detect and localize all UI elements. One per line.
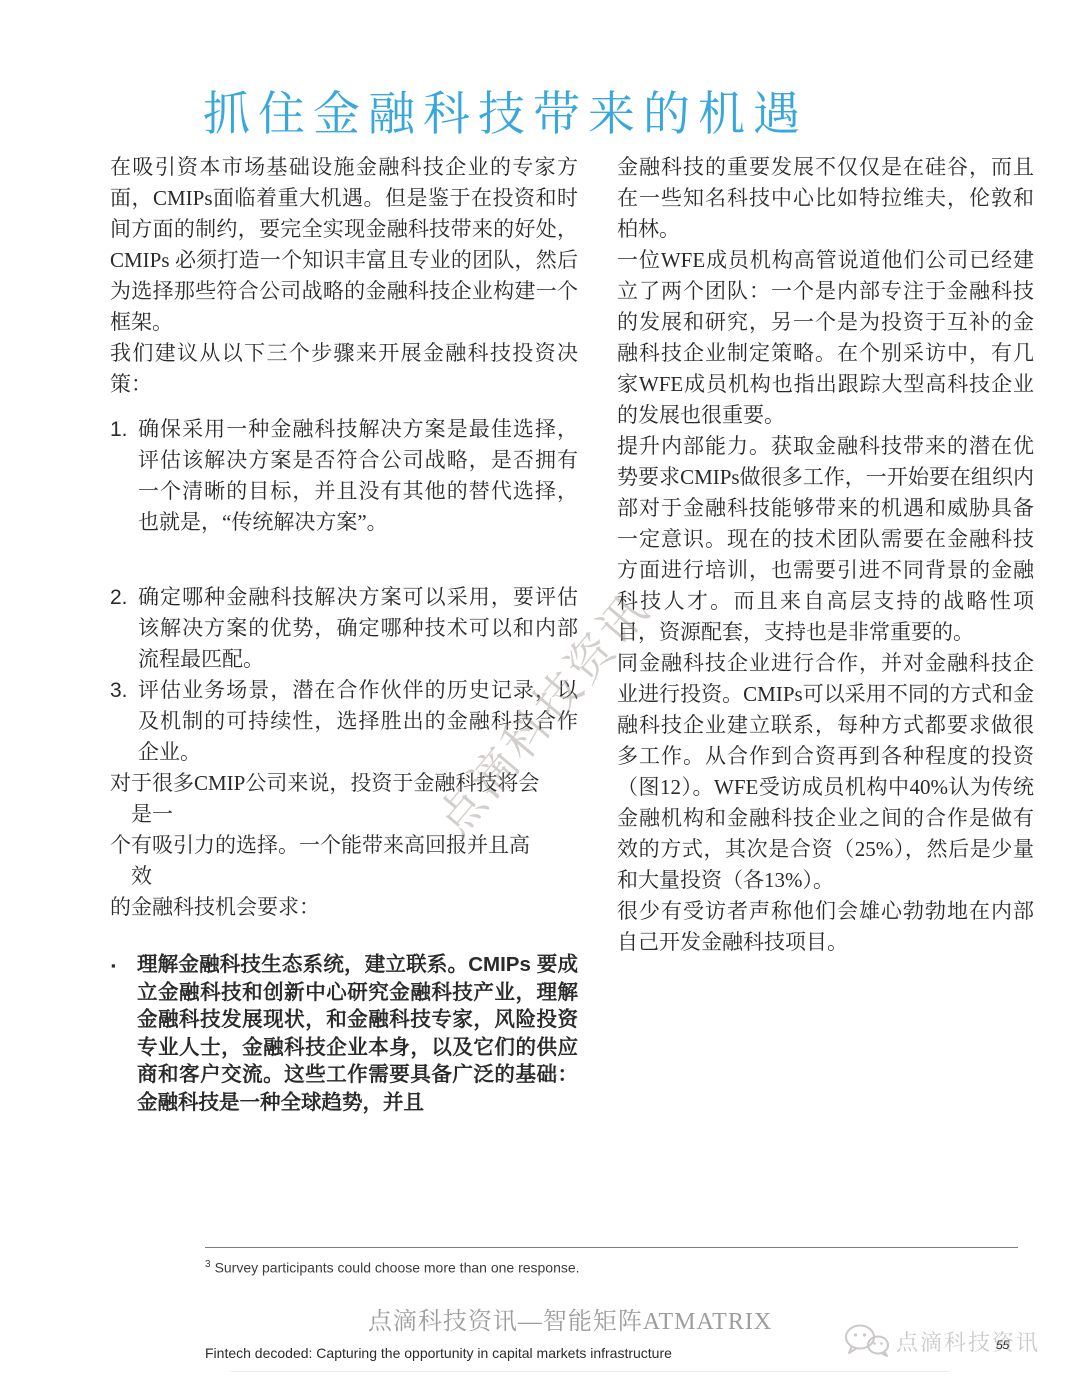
paragraph-hubs: 金融科技的重要发展不仅仅是在硅谷，而且在一些知名科技中心比如特拉维夫，伦敦和柏林… <box>617 152 1034 245</box>
list-item-1-text: 确保采用一种金融科技解决方案是最佳选择，评估该解决方案是否符合公司战略，是否拥有… <box>138 417 578 534</box>
list-item-2: 2. 确定哪种金融科技解决方案可以采用，要评估该解决方案的优势，确定哪种技术可以… <box>110 582 578 675</box>
paragraph-intro: 在吸引资本市场基础设施金融科技企业的专家方面，CMIPs面临着重大机遇。但是鉴于… <box>110 152 578 338</box>
paragraph-cmip-investment: 对于很多CMIP公司来说，投资于金融科技将会 是一 个有吸引力的选择。一个能带来… <box>110 768 578 923</box>
list-item-3: 3. 评估业务场景，潜在合作伙伴的历史记录，以及机制的可持续性，选择胜出的金融科… <box>110 675 578 768</box>
footnote-marker: 3 <box>205 1259 211 1270</box>
square-bullet-icon: ▪ <box>111 952 116 979</box>
list-item-2-number: 2. <box>110 582 128 613</box>
page-number: 55 <box>996 1338 1009 1352</box>
wechat-icon <box>843 1322 891 1360</box>
footnote-divider <box>205 1247 1018 1248</box>
page-bottom-edge <box>230 1371 950 1372</box>
list-item-3-number: 3. <box>110 675 128 706</box>
list-item-3-text: 评估业务场景，潜在合作伙伴的历史记录，以及机制的可持续性，选择胜出的金融科技合作… <box>138 678 578 764</box>
footer-logo-text: 点滴科技资讯 <box>896 1326 1040 1357</box>
footnote-text: Survey participants could choose more th… <box>215 1260 580 1276</box>
paragraph-cooperation-investment: 同金融科技企业进行合作，并对金融科技企业进行投资。CMIPs可以采用不同的方式和… <box>617 648 1034 896</box>
footnote: 3Survey participants could choose more t… <box>205 1259 580 1276</box>
paragraph-internal-capability: 提升内部能力。获取金融科技带来的潜在优势要求CMIPs做很多工作，一开始要在组织… <box>617 431 1034 648</box>
footer-logo: 点滴科技资讯 <box>843 1322 1040 1360</box>
paragraph-steps-lead: 我们建议从以下三个步骤来开展金融科技投资决策： <box>110 338 578 400</box>
list-item-2-text: 确定哪种金融科技解决方案可以采用，要评估该解决方案的优势，确定哪种技术可以和内部… <box>138 585 578 671</box>
bullet-paragraph-text: 理解金融科技生态系统，建立联系。CMIPs 要成立金融科技和创新中心研究金融科技… <box>137 953 578 1114</box>
numbered-list: 1. 确保采用一种金融科技解决方案是最佳选择，评估该解决方案是否符合公司战略，是… <box>110 414 578 768</box>
bullet-paragraph: ▪ 理解金融科技生态系统，建立联系。CMIPs 要成立金融科技和创新中心研究金融… <box>110 951 578 1116</box>
page-title: 抓住金融科技带来的机遇 <box>203 77 808 144</box>
list-item-1-number: 1. <box>110 414 128 445</box>
document-title-footer: Fintech decoded: Capturing the opportuni… <box>205 1345 672 1361</box>
paragraph-wfe-teams: 一位WFE成员机构高管说道他们公司已经建立了两个团队：一个是内部专注于金融科技的… <box>617 245 1034 431</box>
paragraph-few-respondents: 很少有受访者声称他们会雄心勃勃地在内部自己开发金融科技项目。 <box>617 896 1034 958</box>
list-item-1: 1. 确保采用一种金融科技解决方案是最佳选择，评估该解决方案是否符合公司战略，是… <box>110 414 578 538</box>
right-column: 金融科技的重要发展不仅仅是在硅谷，而且在一些知名科技中心比如特拉维夫，伦敦和柏林… <box>617 152 1034 958</box>
left-column: 在吸引资本市场基础设施金融科技企业的专家方面，CMIPs面临着重大机遇。但是鉴于… <box>110 152 578 1116</box>
